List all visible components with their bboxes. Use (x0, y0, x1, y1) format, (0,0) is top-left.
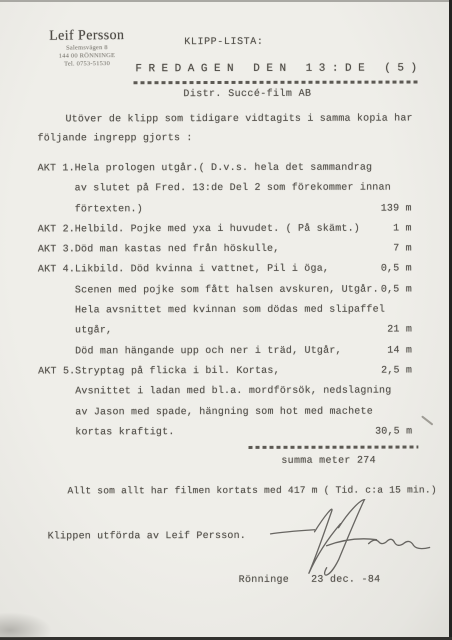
cut-description: förtexten.) (75, 204, 143, 215)
distributor-line: Distr. Succé-film AB (183, 89, 311, 100)
cut-list-row: AKT 2. Helbild. Pojke med yxa i huvudet.… (38, 223, 412, 244)
act-label: AKT 4. (38, 265, 75, 276)
cut-list-row: av slutet på Fred. 13:de Del 2 som förek… (38, 183, 412, 204)
cut-list-row: av Jason med spade, hängning som hot med… (38, 406, 412, 427)
scan-smudge (0, 612, 52, 638)
cut-description: av Jason med spade, hängning som hot med… (75, 406, 373, 418)
cut-length-meters: 30,5 m (375, 426, 412, 437)
cut-description: Avsnittet i ladan med bl.a. mordförsök, … (75, 386, 391, 398)
cut-length-meters: 0,5 m (381, 284, 412, 295)
document-content: Leif Persson Salemsvägen 8 144 00 RÖNNIN… (0, 0, 452, 640)
cut-length-meters: 21 m (387, 325, 412, 336)
cut-length-meters: 0,5 m (381, 264, 412, 275)
cut-list-row: AKT 1. Hela prologen utgår.( D.v.s. hela… (38, 163, 412, 184)
cut-list: AKT 1. Hela prologen utgår.( D.v.s. hela… (38, 163, 413, 448)
cut-description: Likbild. Död kvinna i vattnet, Pil i öga… (75, 264, 329, 276)
signature-scrawl (268, 497, 433, 579)
cut-description: kortas kraftigt. (75, 427, 174, 438)
cut-description: Hela avsnittet med kvinnan som dödas med… (75, 305, 385, 317)
executed-by-line: Klippen utförda av Leif Persson. (48, 531, 246, 543)
cut-list-row: AKT 4. Likbild. Död kvinna i vattnet, Pi… (38, 264, 412, 285)
cut-list-row: förtexten.) 139 m (38, 203, 412, 224)
cut-description: Hela prologen utgår.( D.v.s. hela det sa… (75, 163, 373, 175)
title-underline-dashes (133, 80, 419, 83)
cut-list-row: Scenen med pojke som fått halsen avskure… (38, 284, 412, 305)
document-type-label: KLIPP-LISTA: (184, 37, 263, 48)
pen-mark (421, 415, 433, 425)
cut-list-row: AKT 3. Död man kastas ned från höskulle,… (38, 244, 412, 265)
footer-date: 23 dec. -84 (311, 575, 380, 586)
cut-description: Död man kastas ned från höskulle, (75, 244, 280, 256)
cut-list-row: kortas kraftigt. 30,5 m (38, 426, 412, 447)
cut-length-meters: 14 m (387, 345, 412, 356)
cut-list-row: AKT 5. Stryptag på flicka i bil. Kortas,… (38, 365, 412, 386)
cut-description: Död man hängande upp och ner i träd, Utg… (75, 345, 342, 357)
intro-line-1: Utöver de klipp som tidigare vidtagits i… (65, 114, 412, 126)
film-title: FREDAGEN DEN 13:DE (5) (135, 62, 423, 75)
cut-length-meters: 139 m (381, 203, 412, 214)
cut-description: Helbild. Pojke med yxa i huvudet. ( På s… (75, 224, 360, 236)
cut-list-row: Hela avsnittet med kvinnan som dödas med… (38, 305, 412, 326)
act-label: AKT 5. (38, 366, 75, 377)
sender-name: Leif Persson (49, 28, 124, 45)
footer-place: Rönninge (239, 575, 289, 586)
sender-phone: Tel. 0753-51530 (49, 60, 124, 69)
act-label: AKT 3. (38, 245, 75, 256)
sum-divider-dashes (248, 445, 418, 448)
cut-length-meters: 7 m (393, 244, 412, 255)
cut-length-meters: 1 m (393, 223, 412, 234)
footer-place-date: Rönninge23 dec. -84 (239, 575, 381, 586)
act-label: AKT 1. (38, 163, 75, 174)
act-label: AKT 2. (38, 224, 75, 235)
cut-list-row: utgår, 21 m (38, 325, 412, 346)
sum-meters-line: summa meter 274 (281, 456, 376, 467)
scan-edge-top (0, 0, 452, 2)
sender-stamp: Leif Persson Salemsvägen 8 144 00 RÖNNIN… (49, 28, 125, 69)
cut-description: Scenen med pojke som fått halsen avskure… (75, 284, 379, 296)
cut-description: utgår, (75, 326, 112, 337)
cut-list-row: Avsnittet i ladan med bl.a. mordförsök, … (38, 386, 412, 407)
cut-description: Stryptag på flicka i bil. Kortas, (75, 366, 280, 378)
total-cut-line: Allt som allt har filmen kortats med 417… (67, 484, 436, 496)
intro-line-2: följande ingrepp gjorts : (38, 133, 193, 144)
cut-list-row: Död man hängande upp och ner i träd, Utg… (38, 345, 412, 366)
cut-length-meters: 2,5 m (381, 365, 412, 376)
cut-description: av slutet på Fred. 13:de Del 2 som förek… (75, 183, 391, 195)
scanned-cut-list-document: Leif Persson Salemsvägen 8 144 00 RÖNNIN… (0, 0, 452, 640)
